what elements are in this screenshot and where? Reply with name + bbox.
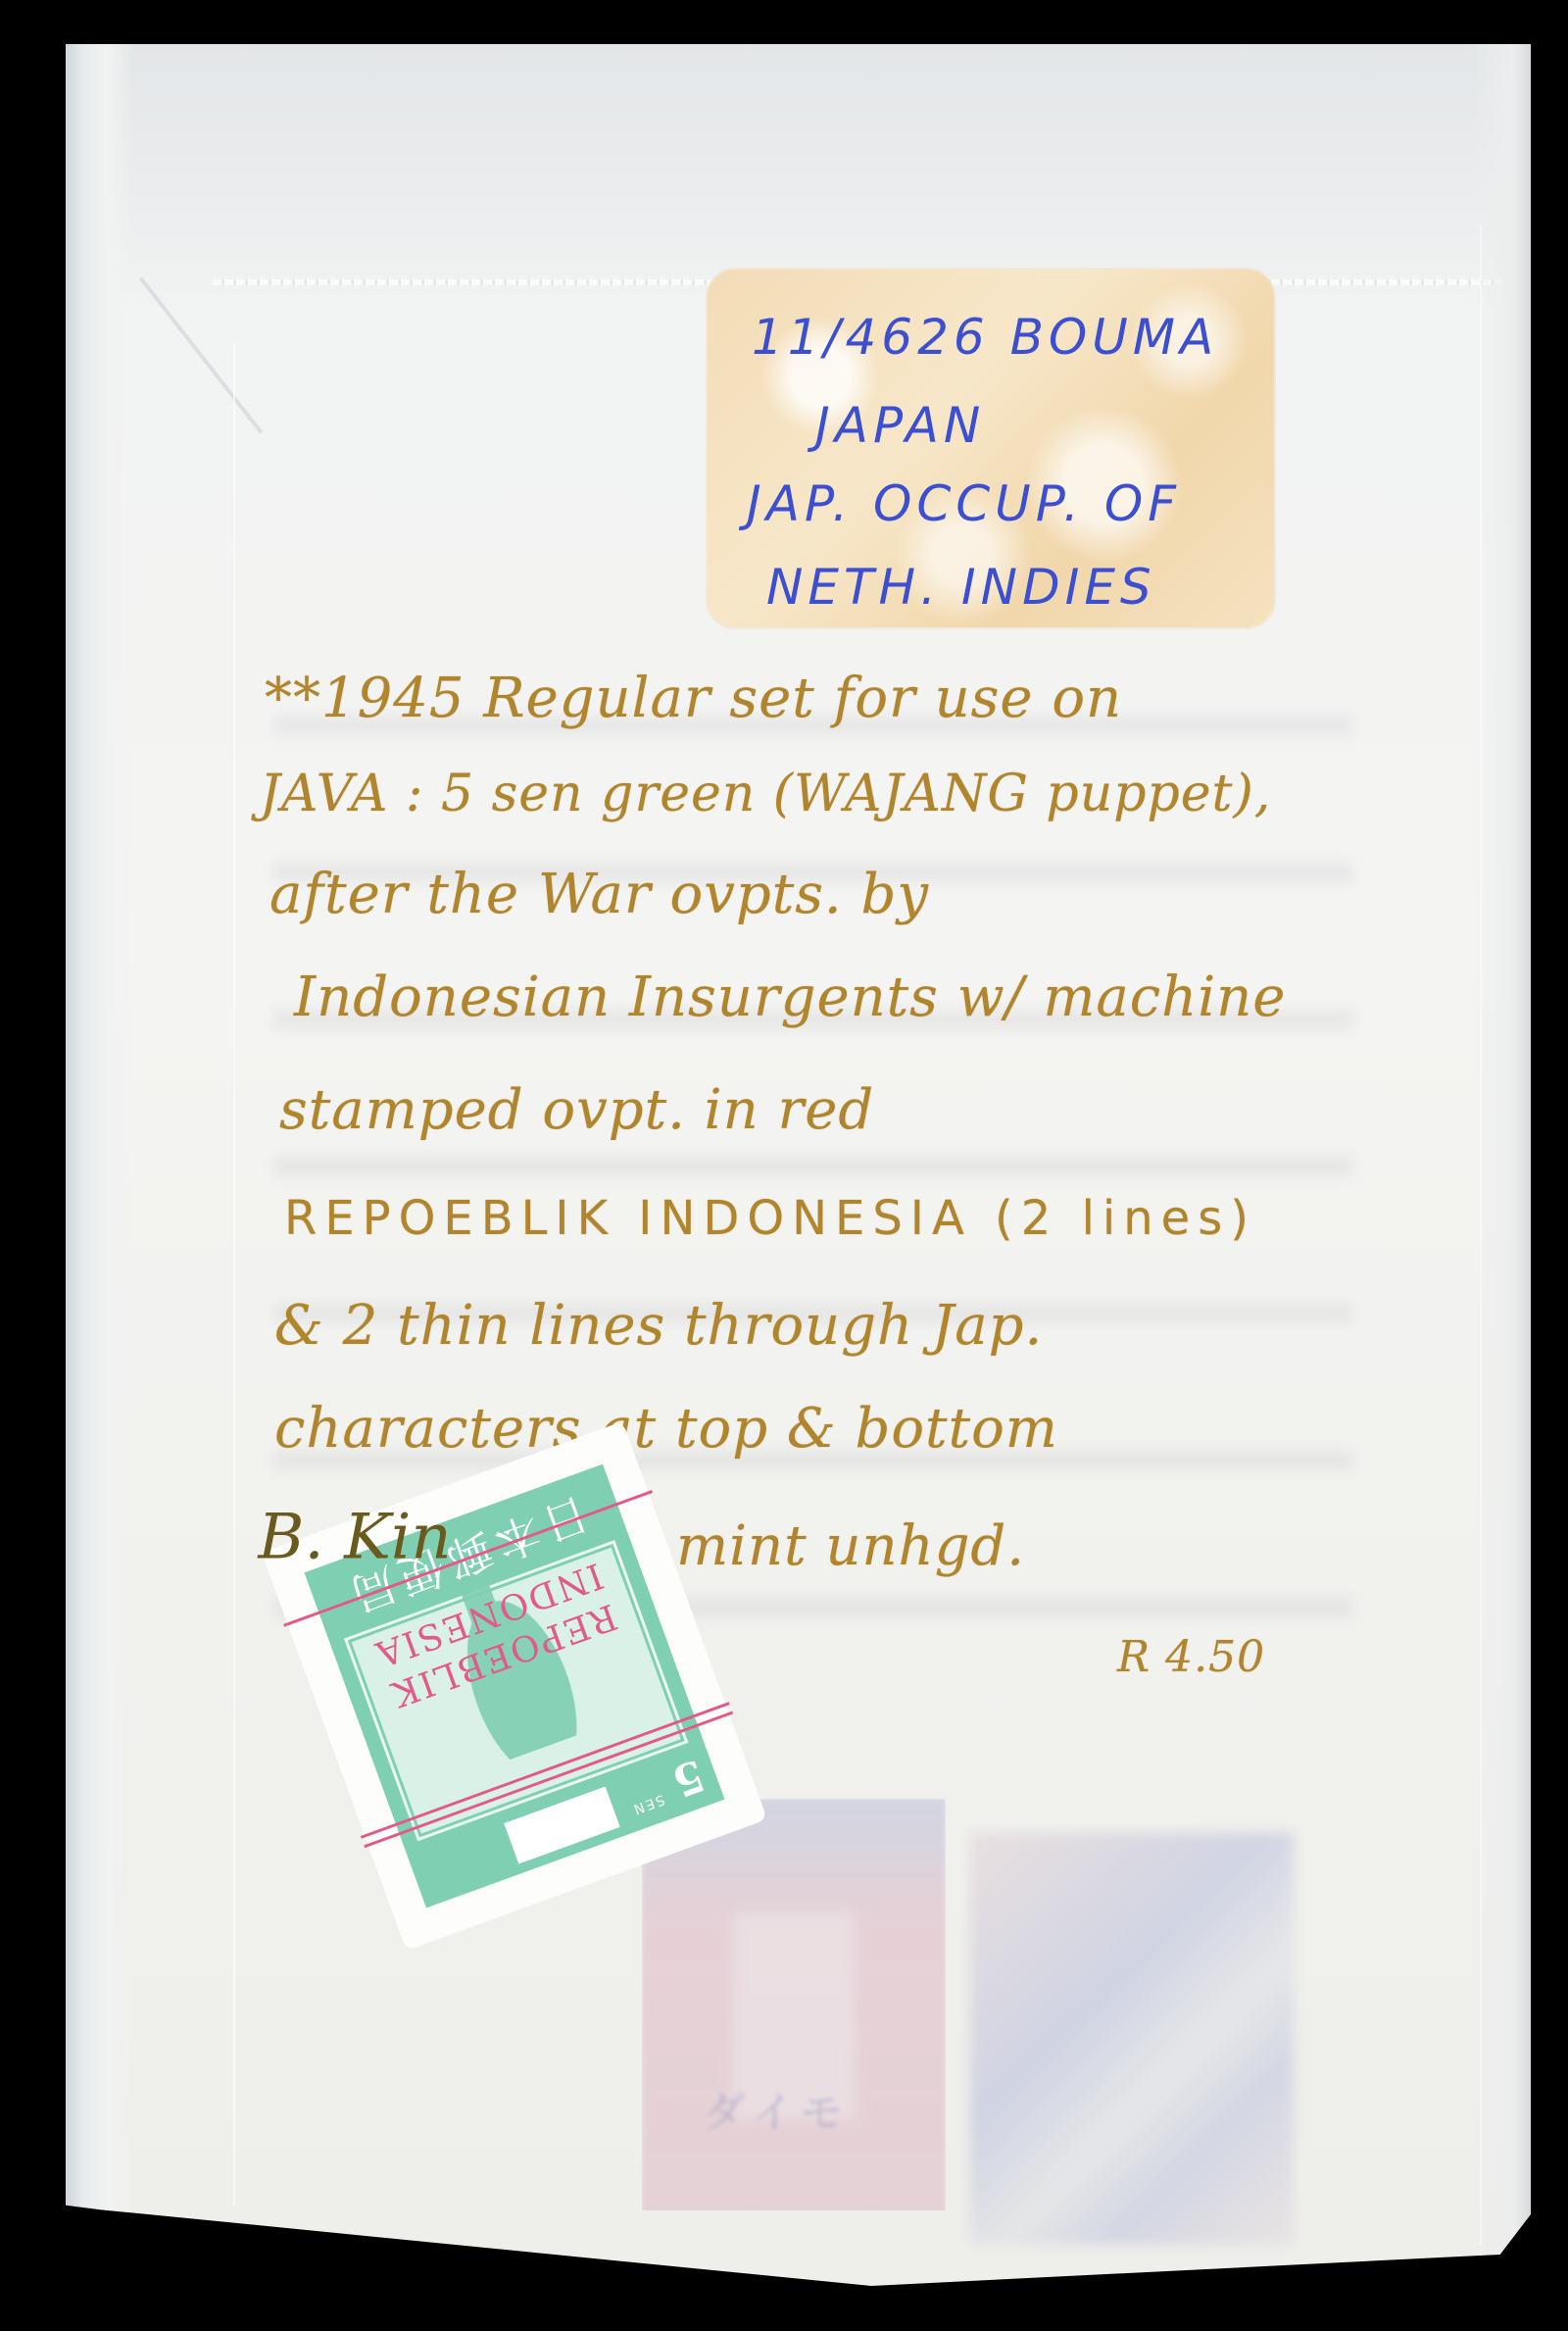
- stamp-value: 5: [665, 1749, 710, 1806]
- background-stamp-blue: [970, 1833, 1294, 2245]
- stamp-unit: SEN: [630, 1791, 667, 1817]
- note-line: mint unhgd.: [676, 1514, 1025, 1578]
- label-line-occupation: JAP. OCCUP. OF: [747, 475, 1181, 532]
- note-line: REPOEBLIK INDONESIA (2 lines): [284, 1191, 1256, 1246]
- background-stamp-text: ダイモ: [703, 2077, 849, 2140]
- note-line: & 2 thin lines through Jap.: [274, 1294, 1043, 1358]
- note-line: characters at top & bottom: [274, 1397, 1058, 1461]
- note-line: stamped ovpt. in red: [279, 1078, 874, 1142]
- envelope-fold-line-right: [1480, 225, 1482, 2245]
- note-line: after the War ovpts. by: [269, 863, 929, 926]
- label-line-country: JAPAN: [815, 397, 985, 454]
- price-note: R 4.50: [1117, 1632, 1265, 1682]
- expert-signature: B. Kin: [258, 1502, 451, 1574]
- catalog-label: 11/4626 BOUMA JAPAN JAP. OCCUP. OF NETH.…: [708, 270, 1274, 627]
- note-line: **1945 Regular set for use on: [265, 667, 1122, 730]
- label-line-region: NETH. INDIES: [766, 559, 1156, 616]
- note-line: Indonesian Insurgents w/ machine: [294, 966, 1286, 1029]
- label-line-lot: 11/4626 BOUMA: [752, 309, 1218, 366]
- note-line: JAVA : 5 sen green (WAJANG puppet),: [260, 765, 1271, 823]
- envelope-fold-line-left: [233, 343, 235, 2206]
- envelope-fold: [139, 277, 263, 434]
